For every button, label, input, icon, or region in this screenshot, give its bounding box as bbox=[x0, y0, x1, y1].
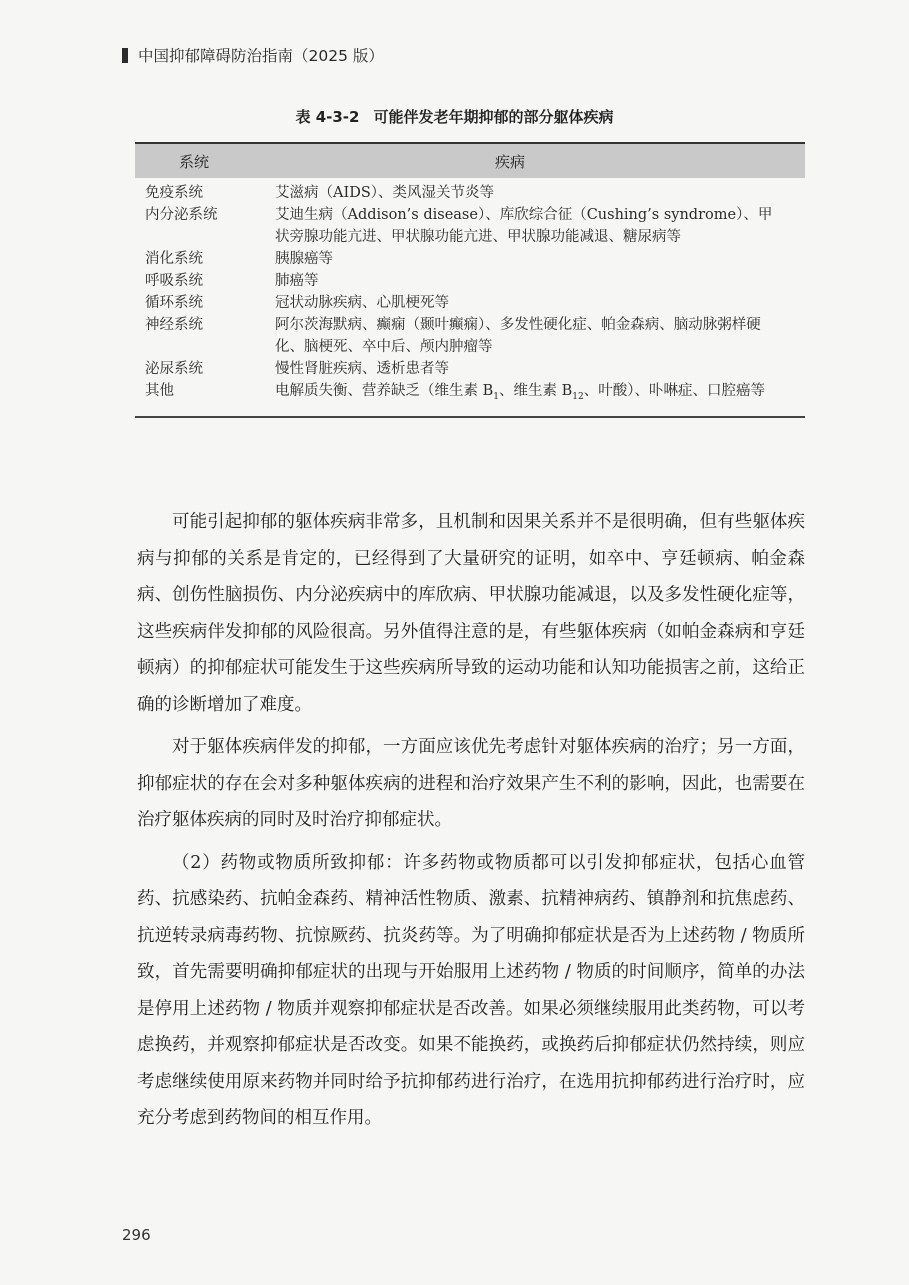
paragraph: 可能引起抑郁的躯体疾病非常多，且机制和因果关系并不是很明确，但有些躯体疾病与抑郁… bbox=[137, 504, 805, 723]
table-body: 免疫系统 艾滋病（AIDS）、类风湿关节炎等 内分泌系统 艾迪生病（Addiso… bbox=[135, 178, 805, 408]
body-text: 可能引起抑郁的躯体疾病非常多，且机制和因果关系并不是很明确，但有些躯体疾病与抑郁… bbox=[137, 504, 805, 1143]
page-number: 296 bbox=[122, 1226, 151, 1244]
table-header-row: 系统 疾病 bbox=[135, 142, 805, 178]
table-row: 其他 电解质失衡、营养缺乏（维生素 B1、维生素 B12、叶酸）、卟啉症、口腔癌… bbox=[135, 380, 805, 408]
disease-text: 、维生素 B bbox=[499, 383, 572, 399]
paragraph: 对于躯体疾病伴发的抑郁，一方面应该优先考虑针对躯体疾病的治疗；另一方面，抑郁症状… bbox=[137, 729, 805, 839]
disease-cell: 阿尔茨海默病、癫痫（颞叶癫痫）、多发性硬化症、帕金森病、脑动脉粥样硬化、脑梗死、… bbox=[275, 314, 805, 358]
table-row: 内分泌系统 艾迪生病（Addison’s disease）、库欣综合征（Cush… bbox=[135, 204, 805, 248]
system-cell: 泌尿系统 bbox=[135, 358, 275, 380]
table-bottom-rule bbox=[135, 416, 805, 418]
disease-text: 、叶酸）、卟啉症、口腔癌等 bbox=[584, 383, 765, 399]
running-header: 中国抑郁障碍防治指南（2025 版） bbox=[122, 44, 384, 66]
disease-cell: 电解质失衡、营养缺乏（维生素 B1、维生素 B12、叶酸）、卟啉症、口腔癌等 bbox=[275, 380, 805, 408]
disease-cell: 冠状动脉疾病、心肌梗死等 bbox=[275, 292, 805, 314]
table-row: 泌尿系统 慢性肾脏疾病、透析患者等 bbox=[135, 358, 805, 380]
running-header-title: 中国抑郁障碍防治指南（2025 版） bbox=[138, 44, 384, 66]
table-row: 循环系统 冠状动脉疾病、心肌梗死等 bbox=[135, 292, 805, 314]
system-cell: 循环系统 bbox=[135, 292, 275, 314]
column-header-disease: 疾病 bbox=[275, 151, 805, 172]
disease-cell: 慢性肾脏疾病、透析患者等 bbox=[275, 358, 805, 380]
system-cell: 消化系统 bbox=[135, 248, 275, 270]
column-header-system: 系统 bbox=[135, 151, 275, 172]
system-cell: 其他 bbox=[135, 380, 275, 408]
table-row: 神经系统 阿尔茨海默病、癫痫（颞叶癫痫）、多发性硬化症、帕金森病、脑动脉粥样硬化… bbox=[135, 314, 805, 358]
disease-cell: 胰腺癌等 bbox=[275, 248, 805, 270]
table-row: 消化系统 胰腺癌等 bbox=[135, 248, 805, 270]
subscript: 12 bbox=[572, 392, 583, 402]
table-row: 免疫系统 艾滋病（AIDS）、类风湿关节炎等 bbox=[135, 182, 805, 204]
disease-cell: 肺癌等 bbox=[275, 270, 805, 292]
system-cell: 呼吸系统 bbox=[135, 270, 275, 292]
paragraph: （2）药物或物质所致抑郁：许多药物或物质都可以引发抑郁症状，包括心血管药、抗感染… bbox=[137, 845, 805, 1137]
system-cell: 内分泌系统 bbox=[135, 204, 275, 248]
disease-cell: 艾迪生病（Addison’s disease）、库欣综合征（Cushing’s … bbox=[275, 204, 805, 248]
system-cell: 神经系统 bbox=[135, 314, 275, 358]
disease-text: 电解质失衡、营养缺乏（维生素 B bbox=[275, 383, 493, 399]
table-caption-title: 可能伴发老年期抑郁的部分躯体疾病 bbox=[373, 108, 613, 126]
table-caption: 表 4-3-2可能伴发老年期抑郁的部分躯体疾病 bbox=[0, 106, 909, 127]
system-cell: 免疫系统 bbox=[135, 182, 275, 204]
header-bar-marker bbox=[122, 48, 128, 63]
table-row: 呼吸系统 肺癌等 bbox=[135, 270, 805, 292]
disease-table: 系统 疾病 免疫系统 艾滋病（AIDS）、类风湿关节炎等 内分泌系统 艾迪生病（… bbox=[135, 142, 805, 418]
table-caption-number: 表 4-3-2 bbox=[295, 108, 359, 126]
disease-cell: 艾滋病（AIDS）、类风湿关节炎等 bbox=[275, 182, 805, 204]
